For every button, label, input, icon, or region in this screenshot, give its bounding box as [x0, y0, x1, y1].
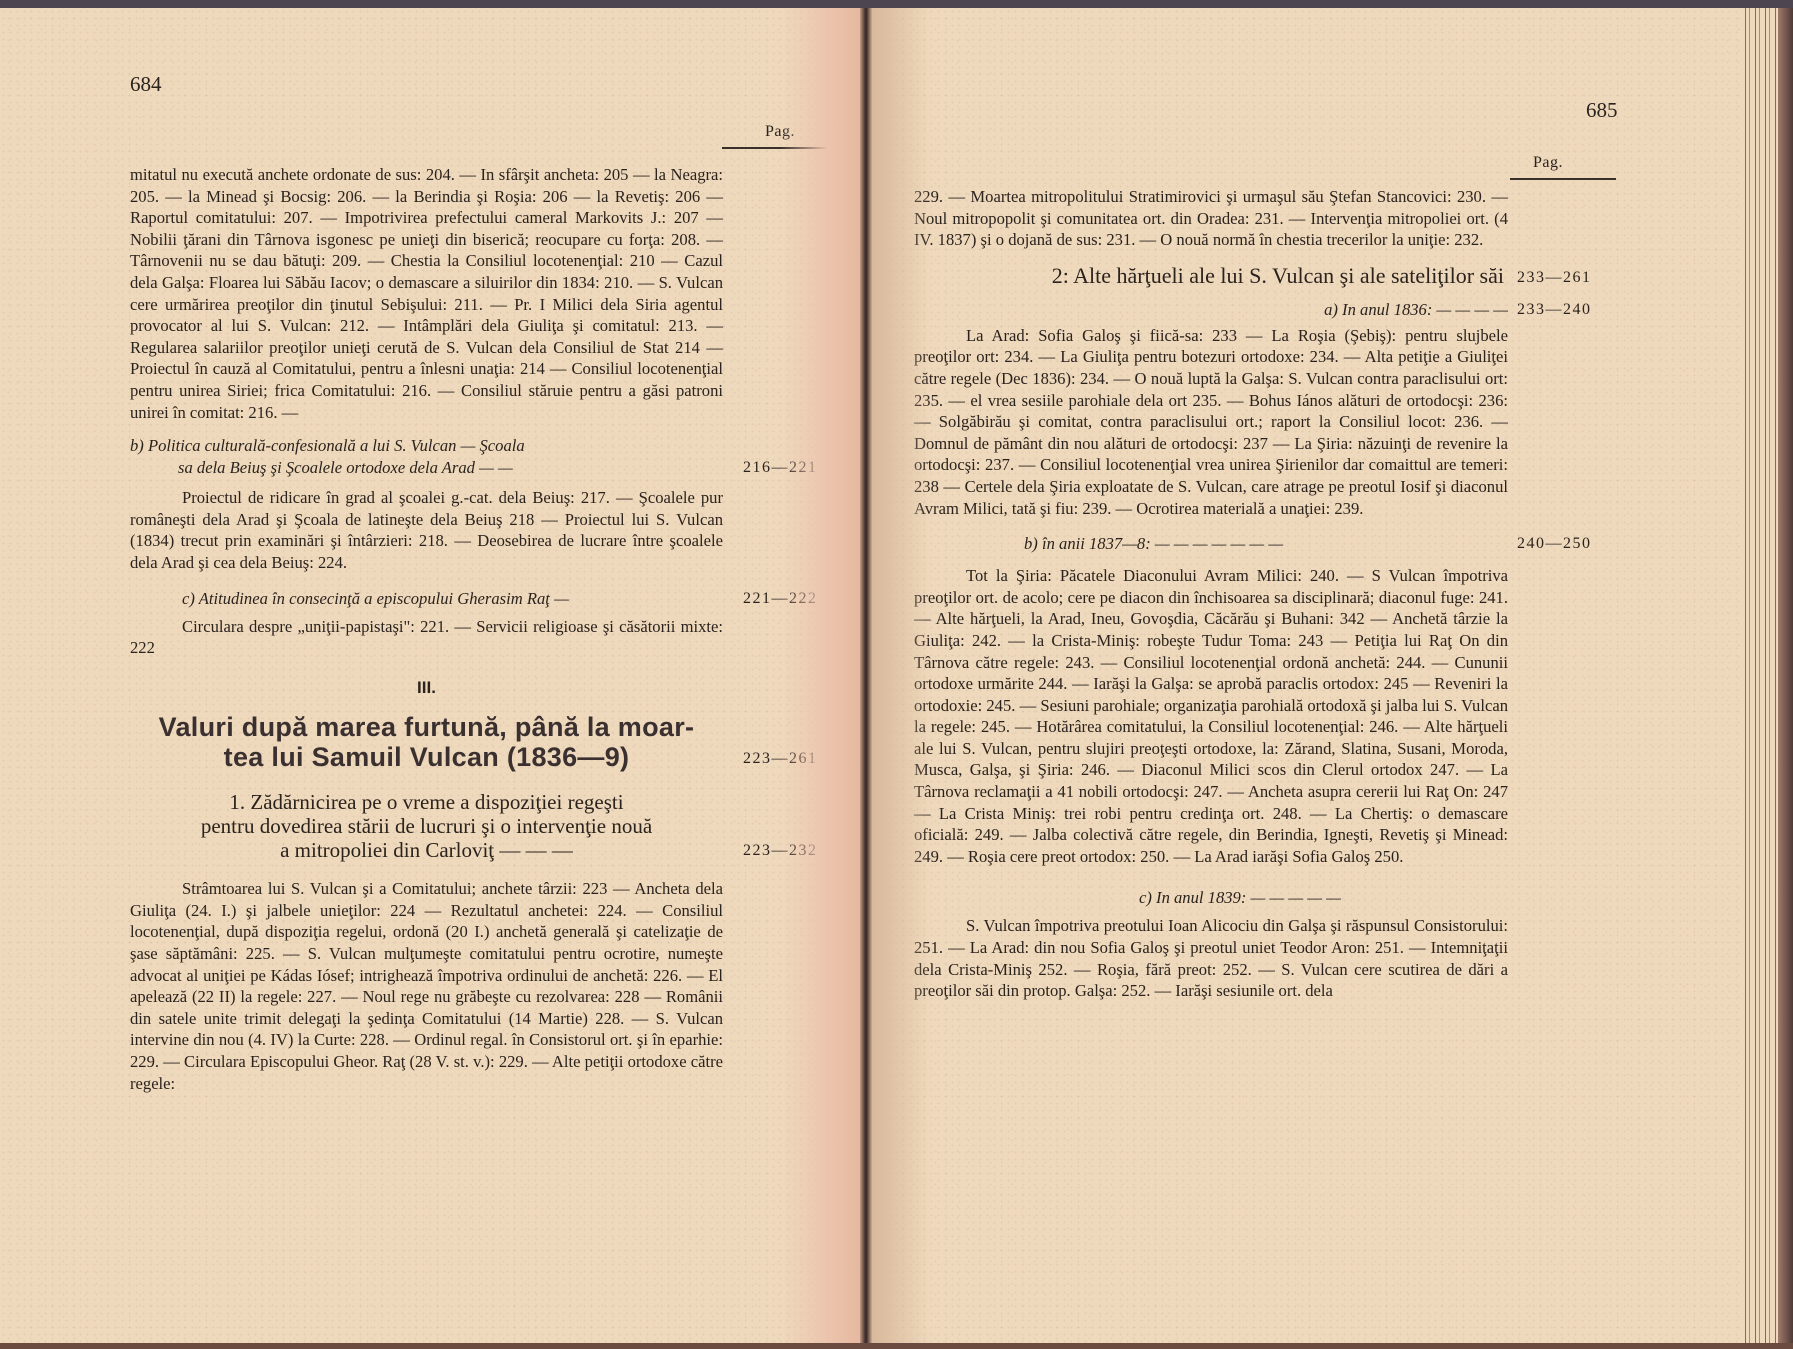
chapter-title-line1: Valuri după marea furtună, până la moar-	[130, 712, 723, 742]
section-heading-2: 2: Alte hărţueli ale lui S. Vulcan şi al…	[914, 263, 1508, 291]
paragraph: Proiectul de ridicare în grad al şcoalei…	[130, 487, 723, 573]
book-bottom-edge	[0, 1343, 1793, 1349]
book-spine	[860, 8, 872, 1343]
toc-entry-title: b) în anii 1837—8: — — — — — — —	[914, 533, 1508, 555]
book-top-edge	[0, 0, 1793, 8]
toc-entry-title-cont: sa dela Beiuş şi Şcoalele ortodoxe dela …	[130, 457, 723, 479]
paragraph: Tot la Şiria: Păcatele Diaconului Avram …	[914, 565, 1508, 867]
paragraph: Strâmtoarea lui S. Vulcan şi a Comitatul…	[130, 878, 723, 1094]
section-title: 2: Alte hărţueli ale lui S. Vulcan şi al…	[914, 263, 1508, 289]
toc-entry-title: a) In anul 1836: — — — —	[914, 299, 1508, 321]
section-title-line3: a mitropoliei din Carloviţ — — —	[130, 838, 723, 862]
left-page: 684 Pag. mitatul nu execută anchete ordo…	[0, 8, 860, 1343]
toc-entry-b: b) Politica culturală-confesională a lui…	[130, 435, 723, 479]
toc-entry-c: c) Atitudinea în consecinţă a episcopulu…	[130, 588, 723, 610]
chapter-title-line2: tea lui Samuil Vulcan (1836—9)	[130, 742, 723, 772]
toc-entry-a: a) In anul 1836: — — — — 233—240	[914, 299, 1508, 321]
pag-column-header-right: Pag.	[1508, 154, 1588, 172]
toc-entry-b: b) în anii 1837—8: — — — — — — — 240—250	[914, 533, 1508, 555]
page-range: 233—240	[1517, 299, 1592, 321]
section-heading-1: 1. Zădărnicirea pe o vreme a dispoziţiei…	[130, 790, 723, 864]
paragraph: 229. — Moartea mitropolitului Stratimiro…	[914, 186, 1508, 251]
toc-entry-title: c) In anul 1839: — — — — —	[914, 887, 1508, 909]
paragraph: S. Vulcan împotriva preotului Ioan Alico…	[914, 915, 1508, 1001]
page-number-left: 684	[130, 72, 162, 97]
page-range: 233—261	[1517, 267, 1592, 289]
chapter-heading: Valuri după marea furtună, până la moar-…	[130, 712, 723, 774]
toc-entry-title: b) Politica culturală-confesională a lui…	[130, 435, 723, 457]
page-gutter-shadow-left	[780, 8, 860, 1343]
section-title-line1: 1. Zădărnicirea pe o vreme a dispoziţiei…	[130, 790, 723, 814]
section-title-line2: pentru dovedirea stării de lucruri şi o …	[130, 814, 723, 838]
toc-entry-title: c) Atitudinea în consecinţă a episcopulu…	[130, 588, 723, 610]
paragraph: Circulara despre „uniţii-papistaşi": 221…	[130, 616, 723, 659]
page-gutter-shadow-right	[872, 8, 932, 1343]
left-text-column: mitatul nu execută anchete ordonate de s…	[130, 164, 723, 1094]
page-number-right: 685	[1586, 98, 1618, 123]
pag-column-rule-right	[1510, 178, 1616, 180]
toc-entry-c: c) In anul 1839: — — — — —	[914, 887, 1508, 909]
paragraph: mitatul nu execută anchete ordonate de s…	[130, 164, 723, 423]
book-cover-edge	[1778, 8, 1793, 1343]
right-text-column: 229. — Moartea mitropolitului Stratimiro…	[914, 186, 1508, 1002]
page-range: 240—250	[1517, 533, 1592, 555]
part-numeral: III.	[130, 677, 723, 699]
right-page: 685 Pag. 229. — Moartea mitropolitului S…	[872, 8, 1793, 1343]
paragraph: La Arad: Sofia Galoş şi fiică-sa: 233 — …	[914, 325, 1508, 519]
